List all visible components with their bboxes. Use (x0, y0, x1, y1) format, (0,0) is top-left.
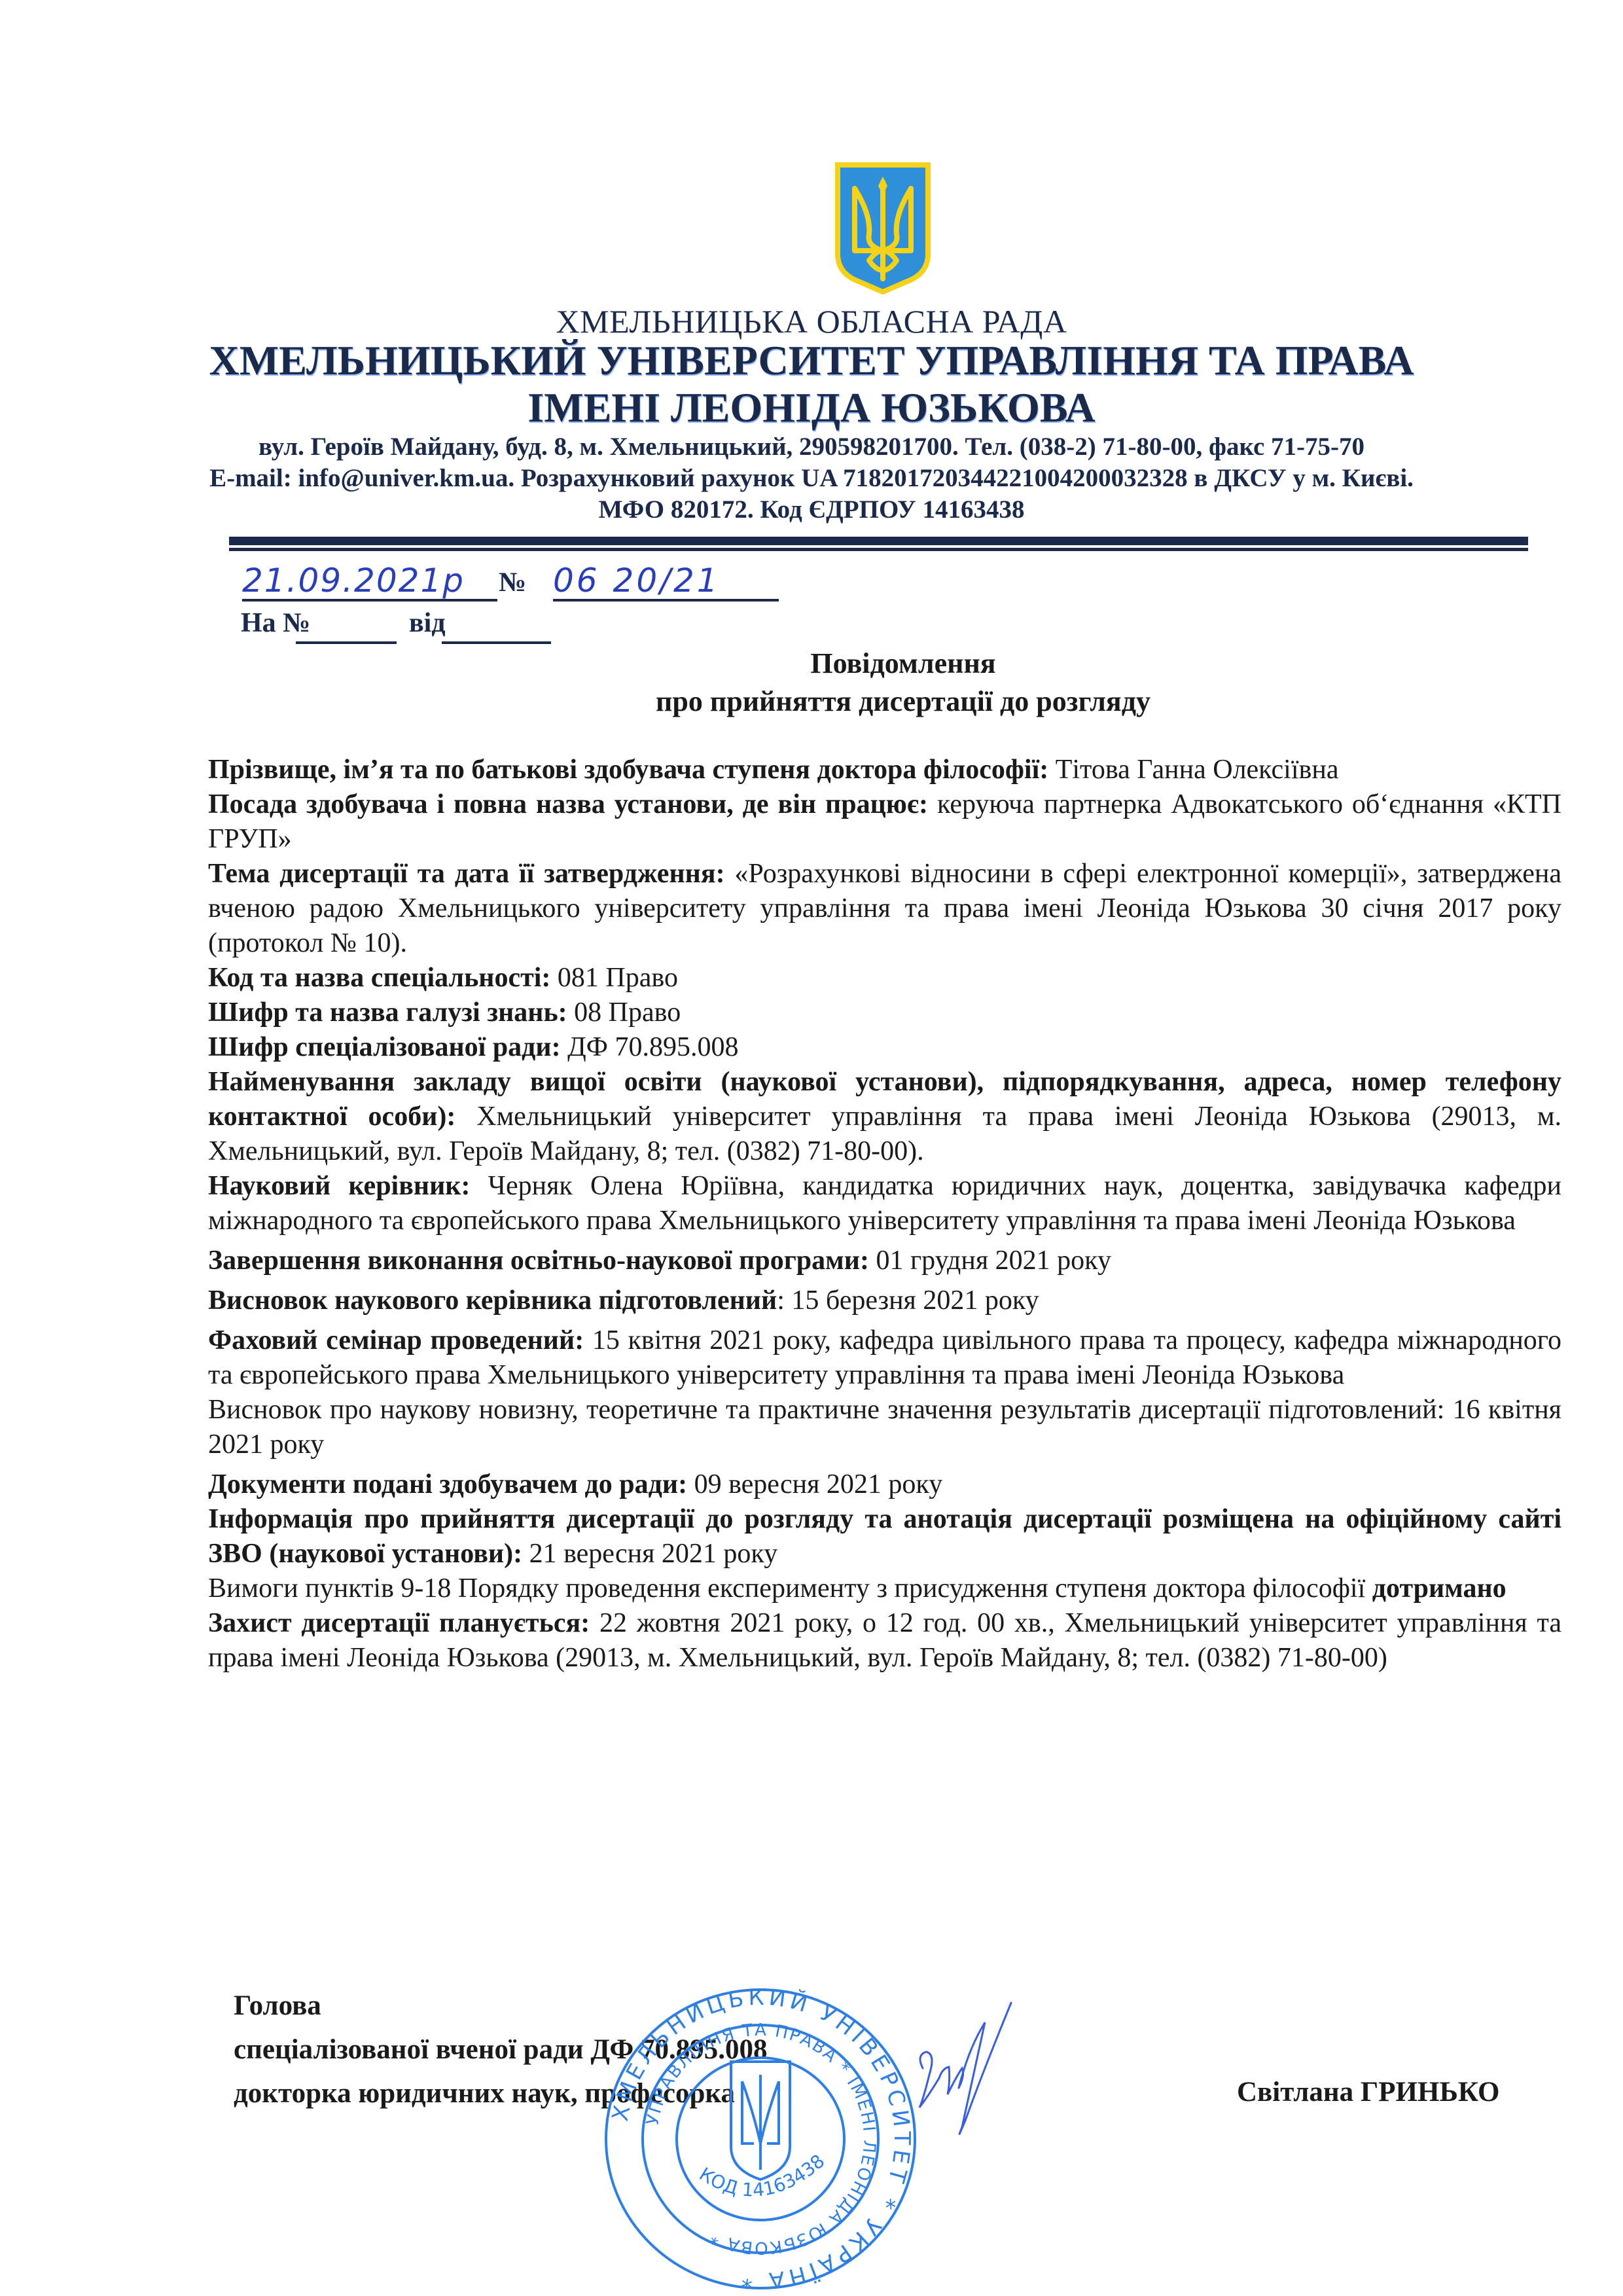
field-label: Шифр спеціалізованої ради: (208, 1032, 561, 1062)
letterhead-divider-thin (229, 548, 1528, 551)
regional-council-name: ХМЕЛЬНИЦЬКА ОБЛАСНА РАДА (0, 302, 1623, 340)
notice-field: Висновок наукового керівника підготовлен… (208, 1283, 1561, 1318)
notice-field: Тема дисертації та дата її затвердження:… (208, 857, 1561, 961)
notice-field: Код та назва спеціальності: 081 Право (208, 961, 1561, 996)
field-value: ДФ 70.895.008 (561, 1032, 739, 1062)
field-label: Посада здобувача і повна назва установи,… (208, 789, 928, 819)
field-label: Інформація про прийняття дисертації до р… (208, 1504, 1561, 1569)
notice-field: Найменування закладу вищої освіти (науко… (208, 1065, 1561, 1169)
notice-field: Інформація про прийняття дисертації до р… (208, 1502, 1561, 1571)
notice-field: Посада здобувача і повна назва установи,… (208, 787, 1561, 857)
document-title: Повідомлення (0, 647, 1623, 680)
from-date-blank (442, 641, 551, 644)
field-label: Прізвище, ім’я та по батькові здобувача … (208, 755, 1048, 785)
notice-body: Прізвище, ім’я та по батькові здобувача … (208, 753, 1561, 1676)
notice-field: Прізвище, ім’я та по батькові здобувача … (208, 753, 1561, 787)
field-value: 08 Право (567, 997, 681, 1028)
in-reply-label: На № (241, 607, 310, 639)
notice-field: Науковий керівник: Черняк Олена Юріївна,… (208, 1169, 1561, 1238)
svg-text:КОД 14163438: КОД 14163438 (696, 2150, 829, 2201)
handwritten-signature-icon (903, 1996, 1034, 2147)
spacer (208, 1238, 1561, 1244)
field-label: Захист дисертації планується: (208, 1608, 590, 1638)
outgoing-date-underline (242, 599, 497, 601)
ukraine-coat-of-arms-icon (835, 162, 931, 295)
notice-field: Вимоги пунктів 9-18 Порядку проведення е… (208, 1571, 1561, 1606)
university-bank-codes: МФО 820172. Код ЄДРПОУ 14163438 (0, 495, 1623, 524)
spacer (208, 1318, 1561, 1323)
field-label: Висновок наукового керівника підготовлен… (208, 1285, 777, 1316)
field-label: Тема дисертації та дата її затвердження: (208, 859, 725, 889)
notice-field: Завершення виконання освітньо-наукової п… (208, 1244, 1561, 1278)
field-label: Документи подані здобувачем до ради: (208, 1469, 687, 1499)
notice-field: Шифр спеціалізованої ради: ДФ 70.895.008 (208, 1030, 1561, 1065)
university-address: вул. Героїв Майдану, буд. 8, м. Хмельниц… (0, 432, 1623, 461)
field-value: 09 вересня 2021 року (687, 1469, 942, 1499)
field-value: Тітова Ганна Олексіївна (1048, 755, 1338, 785)
university-email-account: E-mail: info@univer.km.ua. Розрахунковий… (0, 463, 1623, 493)
outgoing-number-label: № (499, 567, 526, 598)
field-label: Завершення виконання освітньо-наукової п… (208, 1246, 869, 1276)
field-value: : 15 березня 2021 року (777, 1285, 1039, 1316)
notice-field: Висновок про наукову новизну, теоретичне… (208, 1393, 1561, 1462)
document-subtitle: про прийняття дисертації до розгляду (0, 685, 1623, 718)
university-name-continued: ІМЕНІ ЛЕОНІДА ЮЗЬКОВА (0, 384, 1623, 432)
spacer (208, 1278, 1561, 1283)
spacer (208, 1462, 1561, 1467)
field-value: Вимоги пунктів 9-18 Порядку проведення е… (208, 1573, 1372, 1604)
notice-field: Шифр та назва галузі знань: 08 Право (208, 996, 1561, 1030)
field-value: 21 вересня 2021 року (522, 1539, 777, 1569)
field-label: Фаховий семінар проведений: (208, 1325, 584, 1355)
field-label: Шифр та назва галузі знань: (208, 997, 567, 1028)
outgoing-date: 21.09.2021р (242, 562, 465, 600)
field-value: Висновок про наукову новизну, теоретичне… (208, 1395, 1561, 1460)
in-reply-blank (296, 641, 397, 644)
signatory-position: Голова (234, 1990, 321, 2022)
from-label: від (409, 607, 446, 639)
university-name: ХМЕЛЬНИЦЬКИЙ УНІВЕРСИТЕТ УПРАВЛІННЯ ТА П… (0, 336, 1623, 385)
university-seal-icon: ХМЕЛЬНИЦЬКИЙ УНІВЕРСИТЕТ * УКРАЇНА * УПР… (597, 1983, 924, 2295)
letterhead-divider (229, 537, 1528, 545)
notice-field: Фаховий семінар проведений: 15 квітня 20… (208, 1323, 1561, 1393)
outgoing-number: 06 20/21 (553, 562, 721, 600)
notice-field: Захист дисертації планується: 22 жовтня … (208, 1606, 1561, 1676)
signatory-name: Світлана ГРИНЬКО (1237, 2076, 1499, 2108)
field-status: дотримано (1372, 1573, 1507, 1604)
field-value: 081 Право (550, 963, 678, 993)
field-value: 01 грудня 2021 року (869, 1246, 1111, 1276)
outgoing-number-underline (553, 599, 779, 601)
field-label: Науковий керівник: (208, 1171, 470, 1201)
field-label: Код та назва спеціальності: (208, 963, 550, 993)
notice-field: Документи подані здобувачем до ради: 09 … (208, 1467, 1561, 1502)
